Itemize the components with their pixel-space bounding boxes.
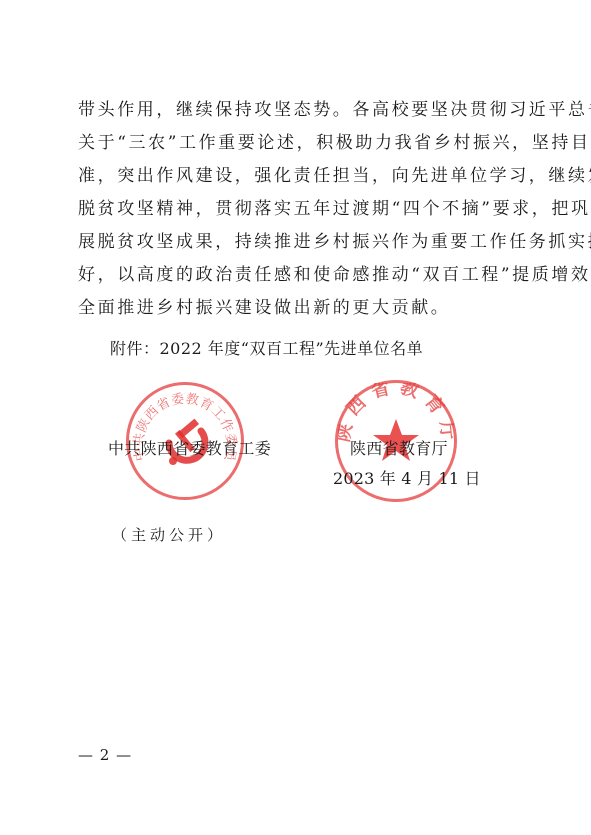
body-line: 好，以高度的政治责任感和使命感推动“双百工程”提质增效，为 [78,259,520,292]
page-number: — 2 — [78,744,132,766]
issuing-org-party: 中共陕西省委教育工委 [108,437,271,461]
issuing-org-education-dept: 陕西省教育厅 [350,437,448,461]
body-line: 关于“三农”工作重要论述，积极助力我省乡村振兴，坚持目标标 [78,127,520,160]
disclosure-status: （主动公开） [112,522,226,548]
issue-date: 2023 年 4 月 11 日 [333,467,481,491]
document-page: 带头作用，继续保持攻坚态势。各高校要坚决贯彻习近平总书记 关于“三农”工作重要论… [0,0,591,835]
body-line: 脱贫攻坚精神，贯彻落实五年过渡期“四个不摘”要求，把巩固拓 [78,193,520,226]
body-line: 带头作用，继续保持攻坚态势。各高校要坚决贯彻习近平总书记 [78,94,520,127]
body-paragraph: 带头作用，继续保持攻坚态势。各高校要坚决贯彻习近平总书记 关于“三农”工作重要论… [78,94,520,325]
body-line: 展脱贫攻坚成果，持续推进乡村振兴作为重要工作任务抓实抓 [78,226,520,259]
body-line: 准，突出作风建设，强化责任担当，向先进单位学习，继续发扬 [78,160,520,193]
attachment-note: 附件：2022 年度“双百工程”先进单位名单 [110,334,423,364]
body-line: 全面推进乡村振兴建设做出新的更大贡献。 [78,292,520,325]
